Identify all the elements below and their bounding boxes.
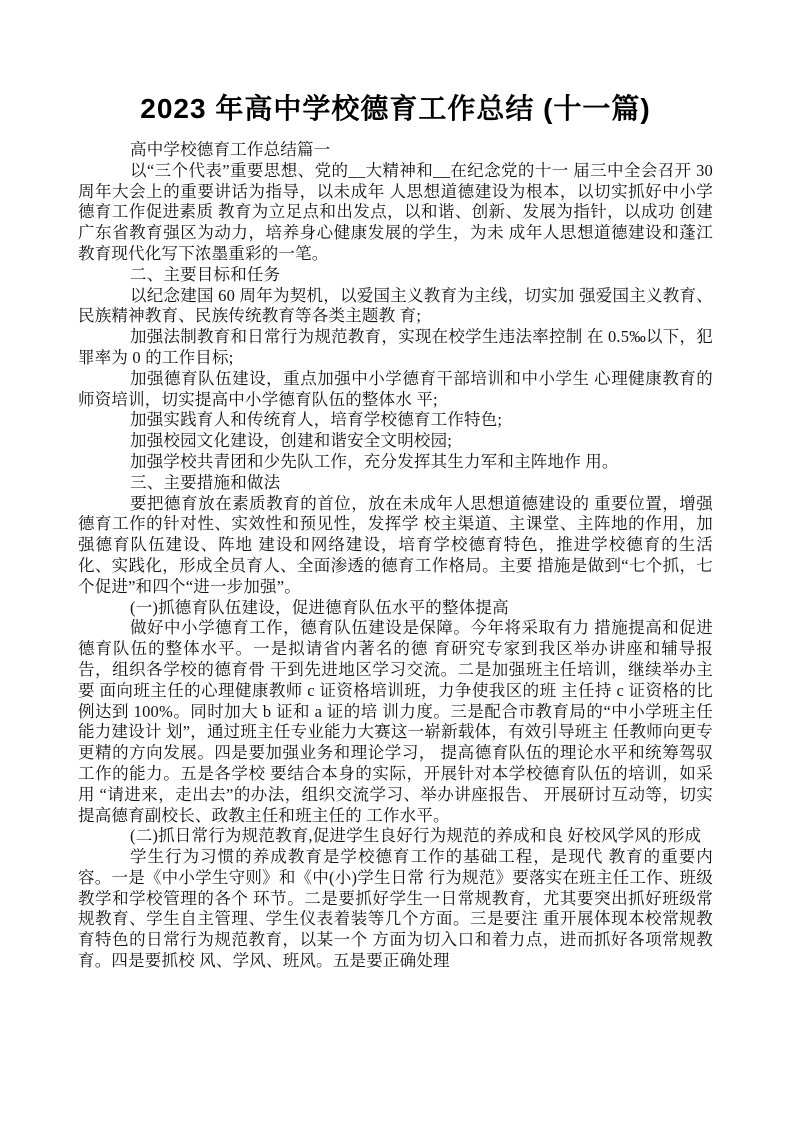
paragraph-goal-team-building: 加强德育队伍建设，重点加强中小学德育干部培训和中小学生 心理健康教育的师资培训，… [78,369,713,411]
paragraph-subheading-team: (一)抓德育队伍建设，促进德育队伍水平的整体提高 [78,598,713,619]
paragraph-goal-practice: 加强实践育人和传统育人，培育学校德育工作特色; [78,410,713,431]
paragraph-intro: 以“三个代表”重要思想、党的__大精神和__在纪念党的十一 届三中全会召开 30… [78,161,713,265]
paragraph-section-label: 高中学校德育工作总结篇一 [78,140,713,161]
document-title: 2023 年高中学校德育工作总结 (十一篇) [78,92,713,126]
document-page: 2023 年高中学校德育工作总结 (十一篇) 高中学校德育工作总结篇一 以“三个… [0,0,793,1122]
paragraph-heading-goals: 二、主要目标和任务 [78,265,713,286]
paragraph-behavior-detail: 学生行为习惯的养成教育是学校德育工作的基础工程，是现代 教育的重要内容。一是《中… [78,847,713,972]
paragraph-heading-measures: 三、主要措施和做法 [78,473,713,494]
paragraph-goal-patriotism: 以纪念建国 60 周年为契机，以爱国主义教育为主线，切实加 强爱国主义教育、民族… [78,286,713,328]
paragraph-team-detail: 做好中小学德育工作，德育队伍建设是保障。今年将采取有力 措施提高和促进德育队伍的… [78,618,713,826]
paragraph-goal-campus-culture: 加强校园文化建设，创建和谐安全文明校园; [78,431,713,452]
paragraph-goal-youth-league: 加强学校共青团和少先队工作，充分发挥其生力军和主阵地作 用。 [78,452,713,473]
paragraph-subheading-behavior: (二)抓日常行为规范教育,促进学生良好行为规范的养成和良 好校风学风的形成 [78,826,713,847]
paragraph-measures-overview: 要把德育放在素质教育的首位，放在未成年人思想道德建设的 重要位置，增强德育工作的… [78,494,713,598]
document-body: 高中学校德育工作总结篇一 以“三个代表”重要思想、党的__大精神和__在纪念党的… [78,140,713,972]
paragraph-goal-legal-education: 加强法制教育和日常行为规范教育，实现在校学生违法率控制 在 0.5‰以下，犯罪率… [78,327,713,369]
